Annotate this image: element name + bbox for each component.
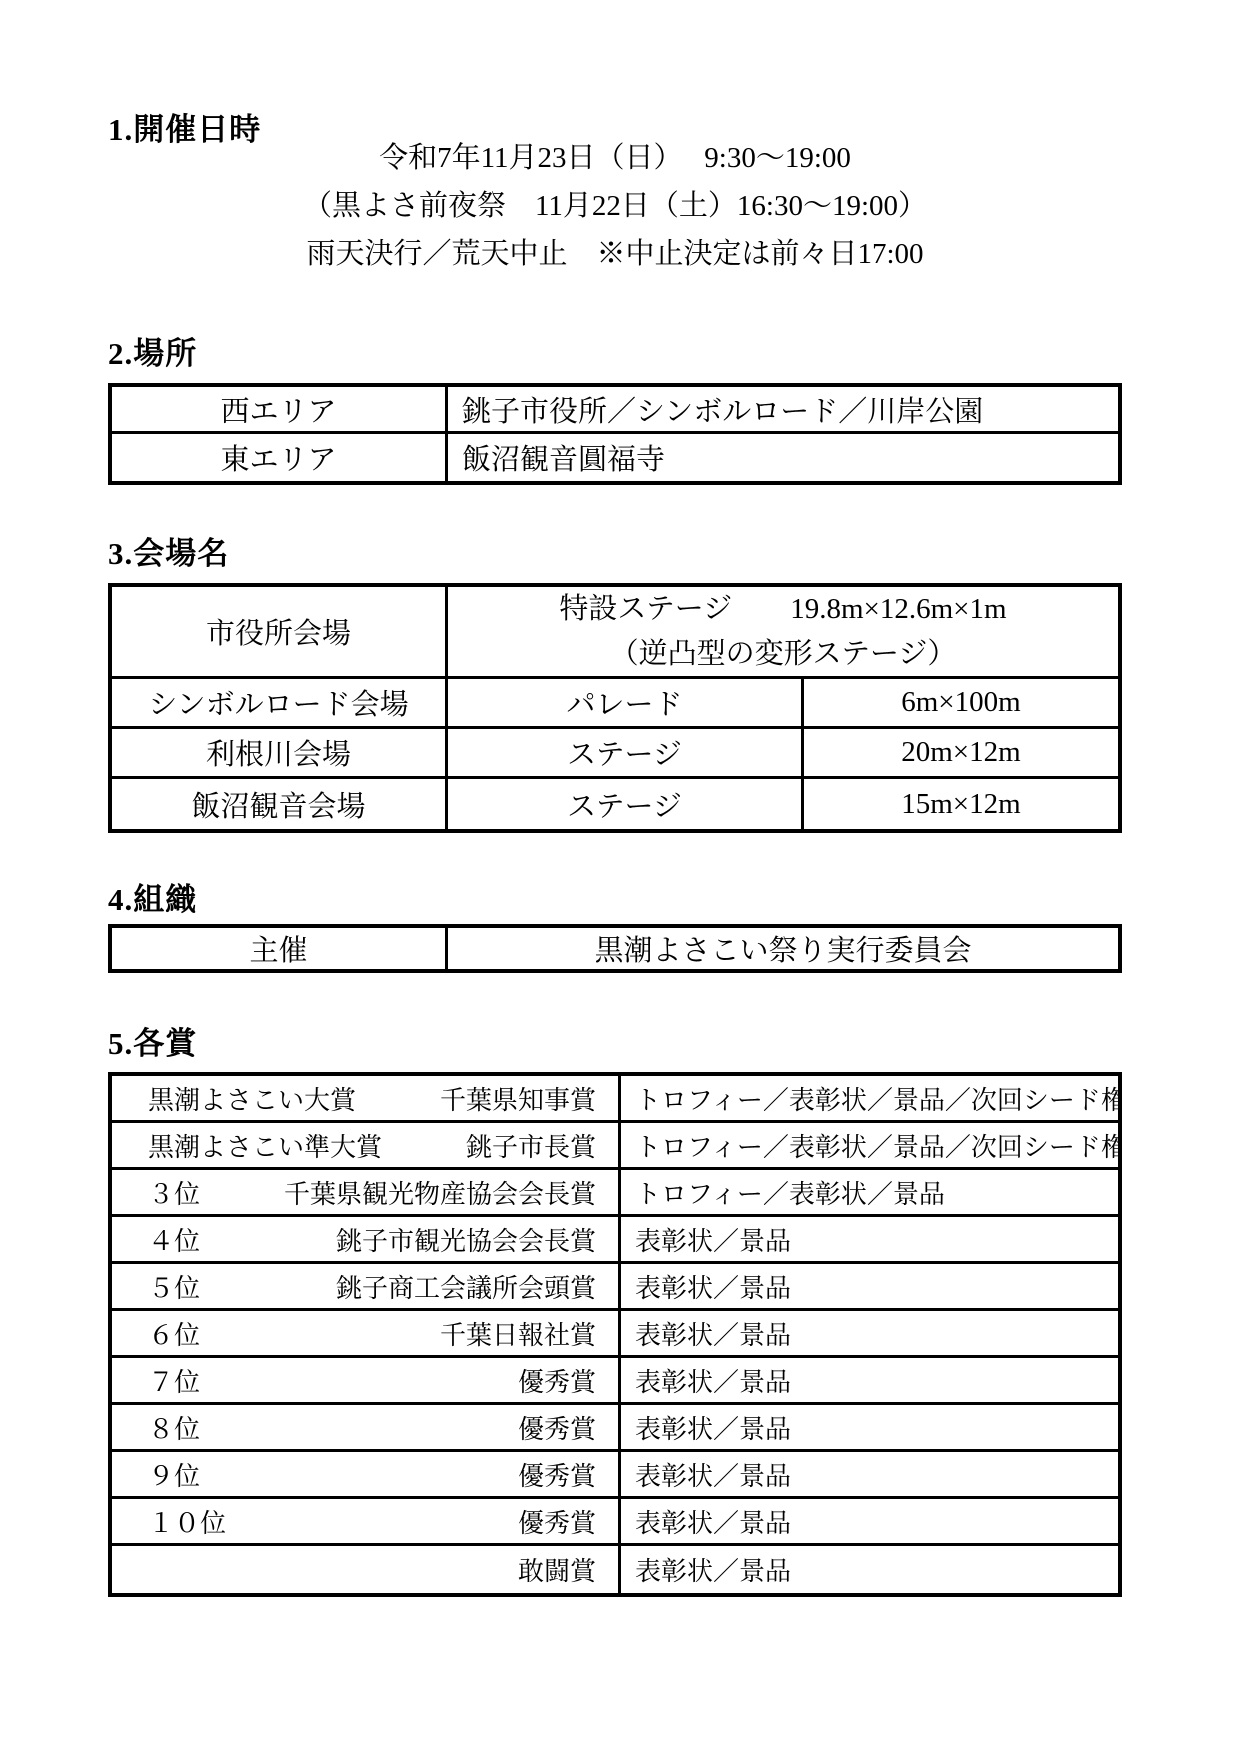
award-title: 優秀賞	[518, 1362, 596, 1399]
award-rank: ９位	[148, 1456, 200, 1493]
location-area-value: 銚子市役所／シンボルロード／川岸公園	[448, 387, 1118, 434]
location-area-value: 飯沼観音圓福寺	[448, 434, 1118, 481]
awards-table: 黒潮よさこい大賞 千葉県知事賞 トロフィー／表彰状／景品／次回シード権 黒潮よさ…	[108, 1072, 1122, 1597]
award-title: 銚子市長賞	[466, 1127, 596, 1164]
venue-size: 15m×12m	[804, 779, 1118, 829]
section2-heading: 2.場所	[108, 328, 197, 373]
venue-name: 飯沼観音会場	[112, 779, 448, 829]
award-prize: 表彰状／景品	[621, 1217, 1118, 1264]
award-prize: トロフィー／表彰状／景品／次回シード権	[621, 1076, 1118, 1123]
award-name-cell: ６位 千葉日報社賞	[112, 1311, 621, 1358]
award-name-cell: ４位 銚子市観光協会会長賞	[112, 1217, 621, 1264]
venue-stage-line-2: （逆凸型の変形ステージ）	[610, 632, 957, 677]
award-name-cell: 敢闘賞	[112, 1546, 621, 1593]
venue-stage-detail: 特設ステージ 19.8m×12.6m×1m （逆凸型の変形ステージ）	[448, 587, 1118, 679]
award-prize: トロフィー／表彰状／景品	[621, 1170, 1118, 1217]
award-title: 銚子商工会議所会頭賞	[336, 1268, 596, 1305]
award-prize: 表彰状／景品	[621, 1452, 1118, 1499]
venue-type: ステージ	[448, 729, 804, 779]
event-date-line-2: （黒よさ前夜祭 11月22日（土）16:30～19:00）	[108, 182, 1122, 230]
award-prize: 表彰状／景品	[621, 1499, 1118, 1546]
award-rank: １０位	[148, 1503, 226, 1540]
event-date-line-1: 令和7年11月23日（日） 9:30～19:00	[108, 134, 1122, 182]
organization-table: 主催 黒潮よさこい祭り実行委員会	[108, 924, 1122, 973]
venue-type: パレード	[448, 679, 804, 729]
section4-heading: 4.組織	[108, 874, 197, 919]
venue-size: 6m×100m	[804, 679, 1118, 729]
award-name-cell: １０位 優秀賞	[112, 1499, 621, 1546]
award-title: 銚子市観光協会会長賞	[336, 1221, 596, 1258]
award-rank: 黒潮よさこい準大賞	[148, 1127, 382, 1164]
award-rank: ５位	[148, 1268, 200, 1305]
venue-name: 利根川会場	[112, 729, 448, 779]
award-title: 千葉県知事賞	[440, 1080, 596, 1117]
award-prize: 表彰状／景品	[621, 1546, 1118, 1593]
location-area-label: 東エリア	[112, 434, 448, 481]
award-prize: 表彰状／景品	[621, 1358, 1118, 1405]
event-date-line-3: 雨天決行／荒天中止 ※中止決定は前々日17:00	[108, 230, 1122, 278]
award-title: 千葉日報社賞	[440, 1315, 596, 1352]
location-area-label: 西エリア	[112, 387, 448, 434]
award-rank: ３位	[148, 1174, 200, 1211]
award-name-cell: ９位 優秀賞	[112, 1452, 621, 1499]
award-title: 優秀賞	[518, 1409, 596, 1446]
section5-heading: 5.各賞	[108, 1018, 197, 1063]
award-rank: ８位	[148, 1409, 200, 1446]
venue-type: ステージ	[448, 779, 804, 829]
organizer-value: 黒潮よさこい祭り実行委員会	[448, 928, 1118, 969]
award-name-cell: ５位 銚子商工会議所会頭賞	[112, 1264, 621, 1311]
venue-table: 市役所会場 特設ステージ 19.8m×12.6m×1m （逆凸型の変形ステージ）…	[108, 583, 1122, 833]
venue-name: シンボルロード会場	[112, 679, 448, 729]
award-title: 優秀賞	[518, 1456, 596, 1493]
award-rank: ６位	[148, 1315, 200, 1352]
award-title: 千葉県観光物産協会会長賞	[284, 1174, 596, 1211]
award-name-cell: 黒潮よさこい準大賞 銚子市長賞	[112, 1123, 621, 1170]
award-prize: トロフィー／表彰状／景品／次回シード権	[621, 1123, 1118, 1170]
award-prize: 表彰状／景品	[621, 1405, 1118, 1452]
award-name-cell: ７位 優秀賞	[112, 1358, 621, 1405]
location-table: 西エリア 銚子市役所／シンボルロード／川岸公園 東エリア 飯沼観音圓福寺	[108, 383, 1122, 485]
award-name-cell: ３位 千葉県観光物産協会会長賞	[112, 1170, 621, 1217]
award-name-cell: 黒潮よさこい大賞 千葉県知事賞	[112, 1076, 621, 1123]
organizer-label: 主催	[112, 928, 448, 969]
award-prize: 表彰状／景品	[621, 1311, 1118, 1358]
venue-name: 市役所会場	[112, 587, 448, 679]
event-datetime-block: 令和7年11月23日（日） 9:30～19:00 （黒よさ前夜祭 11月22日（…	[108, 134, 1122, 278]
award-rank: ４位	[148, 1221, 200, 1258]
award-rank: ７位	[148, 1362, 200, 1399]
award-title: 優秀賞	[518, 1503, 596, 1540]
document-page: 1.開催日時 令和7年11月23日（日） 9:30～19:00 （黒よさ前夜祭 …	[0, 0, 1241, 1754]
award-prize: 表彰状／景品	[621, 1264, 1118, 1311]
award-rank: 黒潮よさこい大賞	[148, 1080, 356, 1117]
venue-size: 20m×12m	[804, 729, 1118, 779]
venue-stage-line-1: 特設ステージ 19.8m×12.6m×1m	[559, 587, 1006, 632]
section3-heading: 3.会場名	[108, 528, 229, 573]
award-name-cell: ８位 優秀賞	[112, 1405, 621, 1452]
award-title: 敢闘賞	[518, 1551, 596, 1588]
